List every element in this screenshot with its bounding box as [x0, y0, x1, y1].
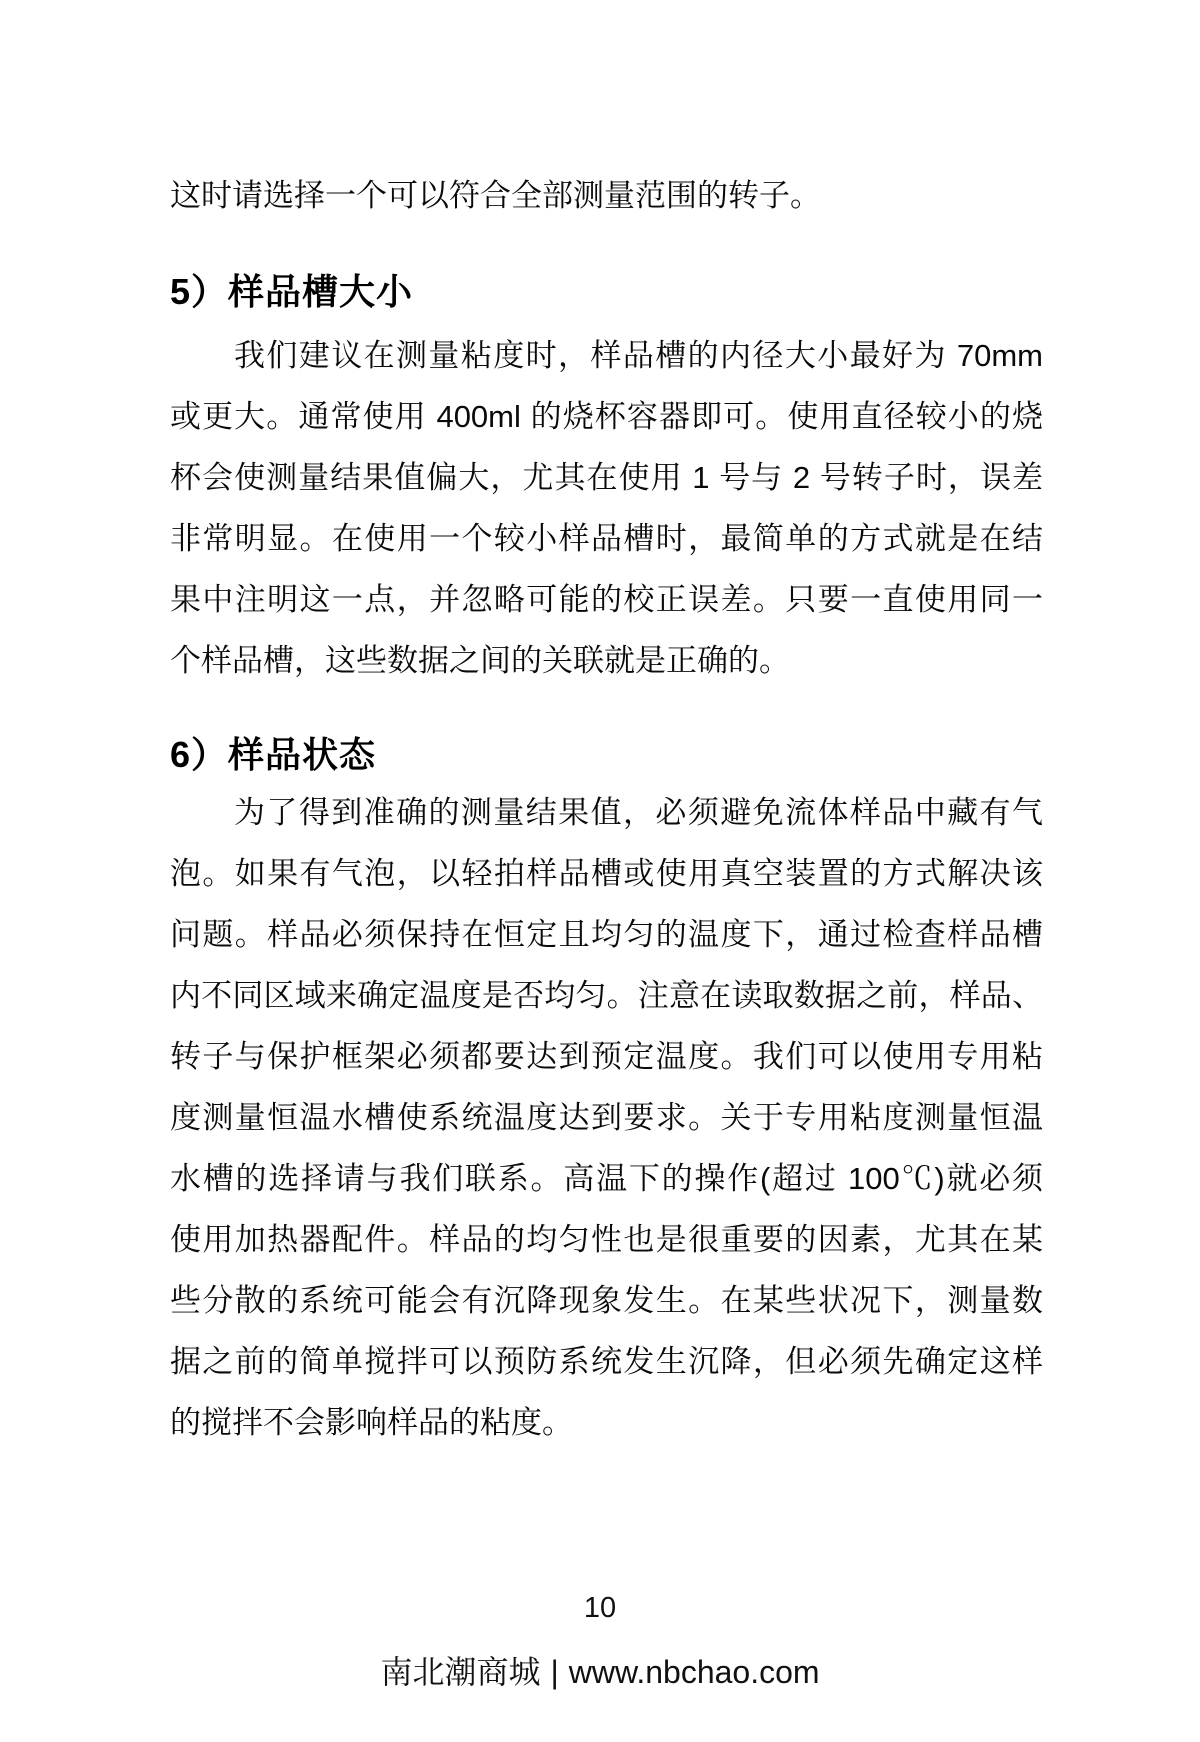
paragraph-line: 个样品槽，这些数据之间的关联就是正确的。	[170, 630, 1043, 691]
section-6-paragraph: 为了得到准确的测量结果值，必须避免流体样品中藏有气泡。如果有气泡，以轻拍样品槽或…	[170, 782, 1043, 1453]
section-heading-6: 6）样品状态	[170, 731, 1043, 779]
footer-brand-name: 南北潮商城	[380, 1654, 540, 1690]
intro-paragraph: 这时请选择一个可以符合全部测量范围的转子。	[170, 165, 1043, 226]
document-page: 这时请选择一个可以符合全部测量范围的转子。 5）样品槽大小 我们建议在测量粘度时…	[0, 0, 1200, 1742]
paragraph-line: 泡。如果有气泡，以轻拍样品槽或使用真空装置的方式解决该	[170, 843, 1043, 904]
paragraph-line: 为了得到准确的测量结果值，必须避免流体样品中藏有气	[170, 782, 1043, 843]
paragraph-line: 杯会使测量结果值偏大，尤其在使用 1 号与 2 号转子时，误差	[170, 447, 1043, 508]
paragraph-line: 非常明显。在使用一个较小样品槽时，最简单的方式就是在结	[170, 508, 1043, 569]
paragraph-line: 使用加热器配件。样品的均匀性也是很重要的因素，尤其在某	[170, 1209, 1043, 1270]
paragraph-line: 或更大。通常使用 400ml 的烧杯容器即可。使用直径较小的烧	[170, 386, 1043, 447]
paragraph-line: 果中注明这一点，并忽略可能的校正误差。只要一直使用同一	[170, 569, 1043, 630]
paragraph-line: 的搅拌不会影响样品的粘度。	[170, 1392, 1043, 1453]
paragraph-line: 度测量恒温水槽使系统温度达到要求。关于专用粘度测量恒温	[170, 1087, 1043, 1148]
paragraph-line: 内不同区域来确定温度是否均匀。注意在读取数据之前，样品、	[170, 965, 1043, 1026]
paragraph-line: 转子与保护框架必须都要达到预定温度。我们可以使用专用粘	[170, 1026, 1043, 1087]
page-content: 这时请选择一个可以符合全部测量范围的转子。 5）样品槽大小 我们建议在测量粘度时…	[170, 0, 1043, 1453]
paragraph-line: 问题。样品必须保持在恒定且均匀的温度下，通过检查样品槽	[170, 904, 1043, 965]
intro-line: 这时请选择一个可以符合全部测量范围的转子。	[170, 165, 1043, 226]
paragraph-line: 据之前的简单搅拌可以预防系统发生沉降，但必须先确定这样	[170, 1331, 1043, 1392]
paragraph-line: 水槽的选择请与我们联系。高温下的操作(超过 100℃)就必须	[170, 1148, 1043, 1209]
paragraph-line: 我们建议在测量粘度时，样品槽的内径大小最好为 70mm	[170, 325, 1043, 386]
footer-site-url: www.nbchao.com	[569, 1654, 820, 1690]
footer-site-line: 南北潮商城|www.nbchao.com	[0, 1650, 1200, 1694]
section-5-paragraph: 我们建议在测量粘度时，样品槽的内径大小最好为 70mm或更大。通常使用 400m…	[170, 325, 1043, 691]
page-number: 10	[0, 1590, 1200, 1626]
footer-separator: |	[540, 1654, 568, 1690]
paragraph-line: 些分散的系统可能会有沉降现象发生。在某些状况下，测量数	[170, 1270, 1043, 1331]
section-heading-5: 5）样品槽大小	[170, 268, 1043, 316]
